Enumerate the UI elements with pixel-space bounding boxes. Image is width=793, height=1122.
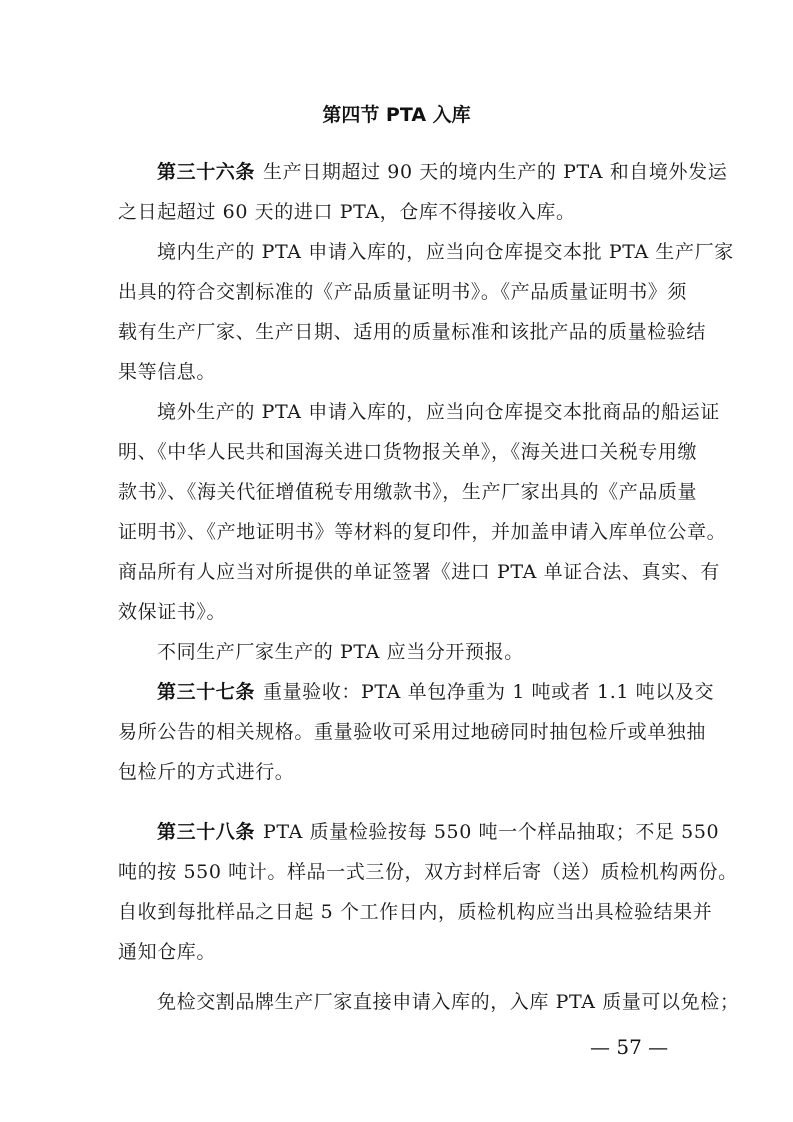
domestic-para-line-4: 果等信息。 [118, 352, 678, 392]
domestic-para-line-1: 境内生产的 PTA 申请入库的，应当向仓库提交本批 PTA 生产厂家 [157, 232, 678, 272]
article-37-line-2: 易所公告的相关规格。重量验收可采用过地磅同时抽包检斤或单独抽 [118, 712, 678, 752]
article-37-line-1: 第三十七条重量验收：PTA 单包净重为 1 吨或者 1.1 吨以及交 [157, 672, 678, 712]
foreign-para-line-3: 款书》、《海关代征增值税专用缴款书》，生产厂家出具的《产品质量 [118, 472, 678, 512]
domestic-para-line-3: 载有生产厂家、生产日期、适用的质量标准和该批产品的质量检验结 [118, 312, 678, 352]
article-37-line-3: 包检斤的方式进行。 [118, 752, 678, 792]
domestic-para-line-2: 出具的符合交割标准的《产品质量证明书》。《产品质量证明书》须 [118, 272, 678, 312]
article-36-label: 第三十六条 [157, 161, 255, 183]
separate-report-line: 不同生产厂家生产的 PTA 应当分开预报。 [157, 632, 678, 672]
foreign-para-line-1: 境外生产的 PTA 申请入库的，应当向仓库提交本批商品的船运证 [157, 392, 678, 432]
foreign-para-line-6: 效保证书》。 [118, 592, 678, 632]
foreign-para-line-4: 证明书》、《产地证明书》等材料的复印件，并加盖申请入库单位公章。 [118, 512, 678, 552]
foreign-para-line-2: 明、《中华人民共和国海关进口货物报关单》，《海关进口关税专用缴 [118, 432, 678, 472]
exempt-brand-line: 免检交割品牌生产厂家直接申请入库的，入库 PTA 质量可以免检； [157, 982, 678, 1022]
article-36-line-1: 第三十六条生产日期超过 90 天的境内生产的 PTA 和自境外发运 [157, 152, 678, 192]
section-title: 第四节 PTA 入库 [0, 100, 793, 130]
page-number: — 57 — [590, 1032, 668, 1062]
article-38-line-3: 自收到每批样品之日起 5 个工作日内，质检机构应当出具检验结果并 [118, 892, 678, 932]
article-36-line-2: 之日起超过 60 天的进口 PTA，仓库不得接收入库。 [118, 192, 678, 232]
article-38-line-2: 吨的按 550 吨计。样品一式三份，双方封样后寄（送）质检机构两份。 [118, 852, 678, 892]
article-37-label: 第三十七条 [157, 681, 255, 703]
article-38-line-1: 第三十八条PTA 质量检验按每 550 吨一个样品抽取；不足 550 [157, 812, 678, 852]
document-page: 第四节 PTA 入库 第三十六条生产日期超过 90 天的境内生产的 PTA 和自… [0, 0, 793, 1122]
foreign-para-line-5: 商品所有人应当对所提供的单证签署《进口 PTA 单证合法、真实、有 [118, 552, 678, 592]
article-38-label: 第三十八条 [157, 821, 255, 843]
article-38-line-4: 通知仓库。 [118, 932, 678, 972]
